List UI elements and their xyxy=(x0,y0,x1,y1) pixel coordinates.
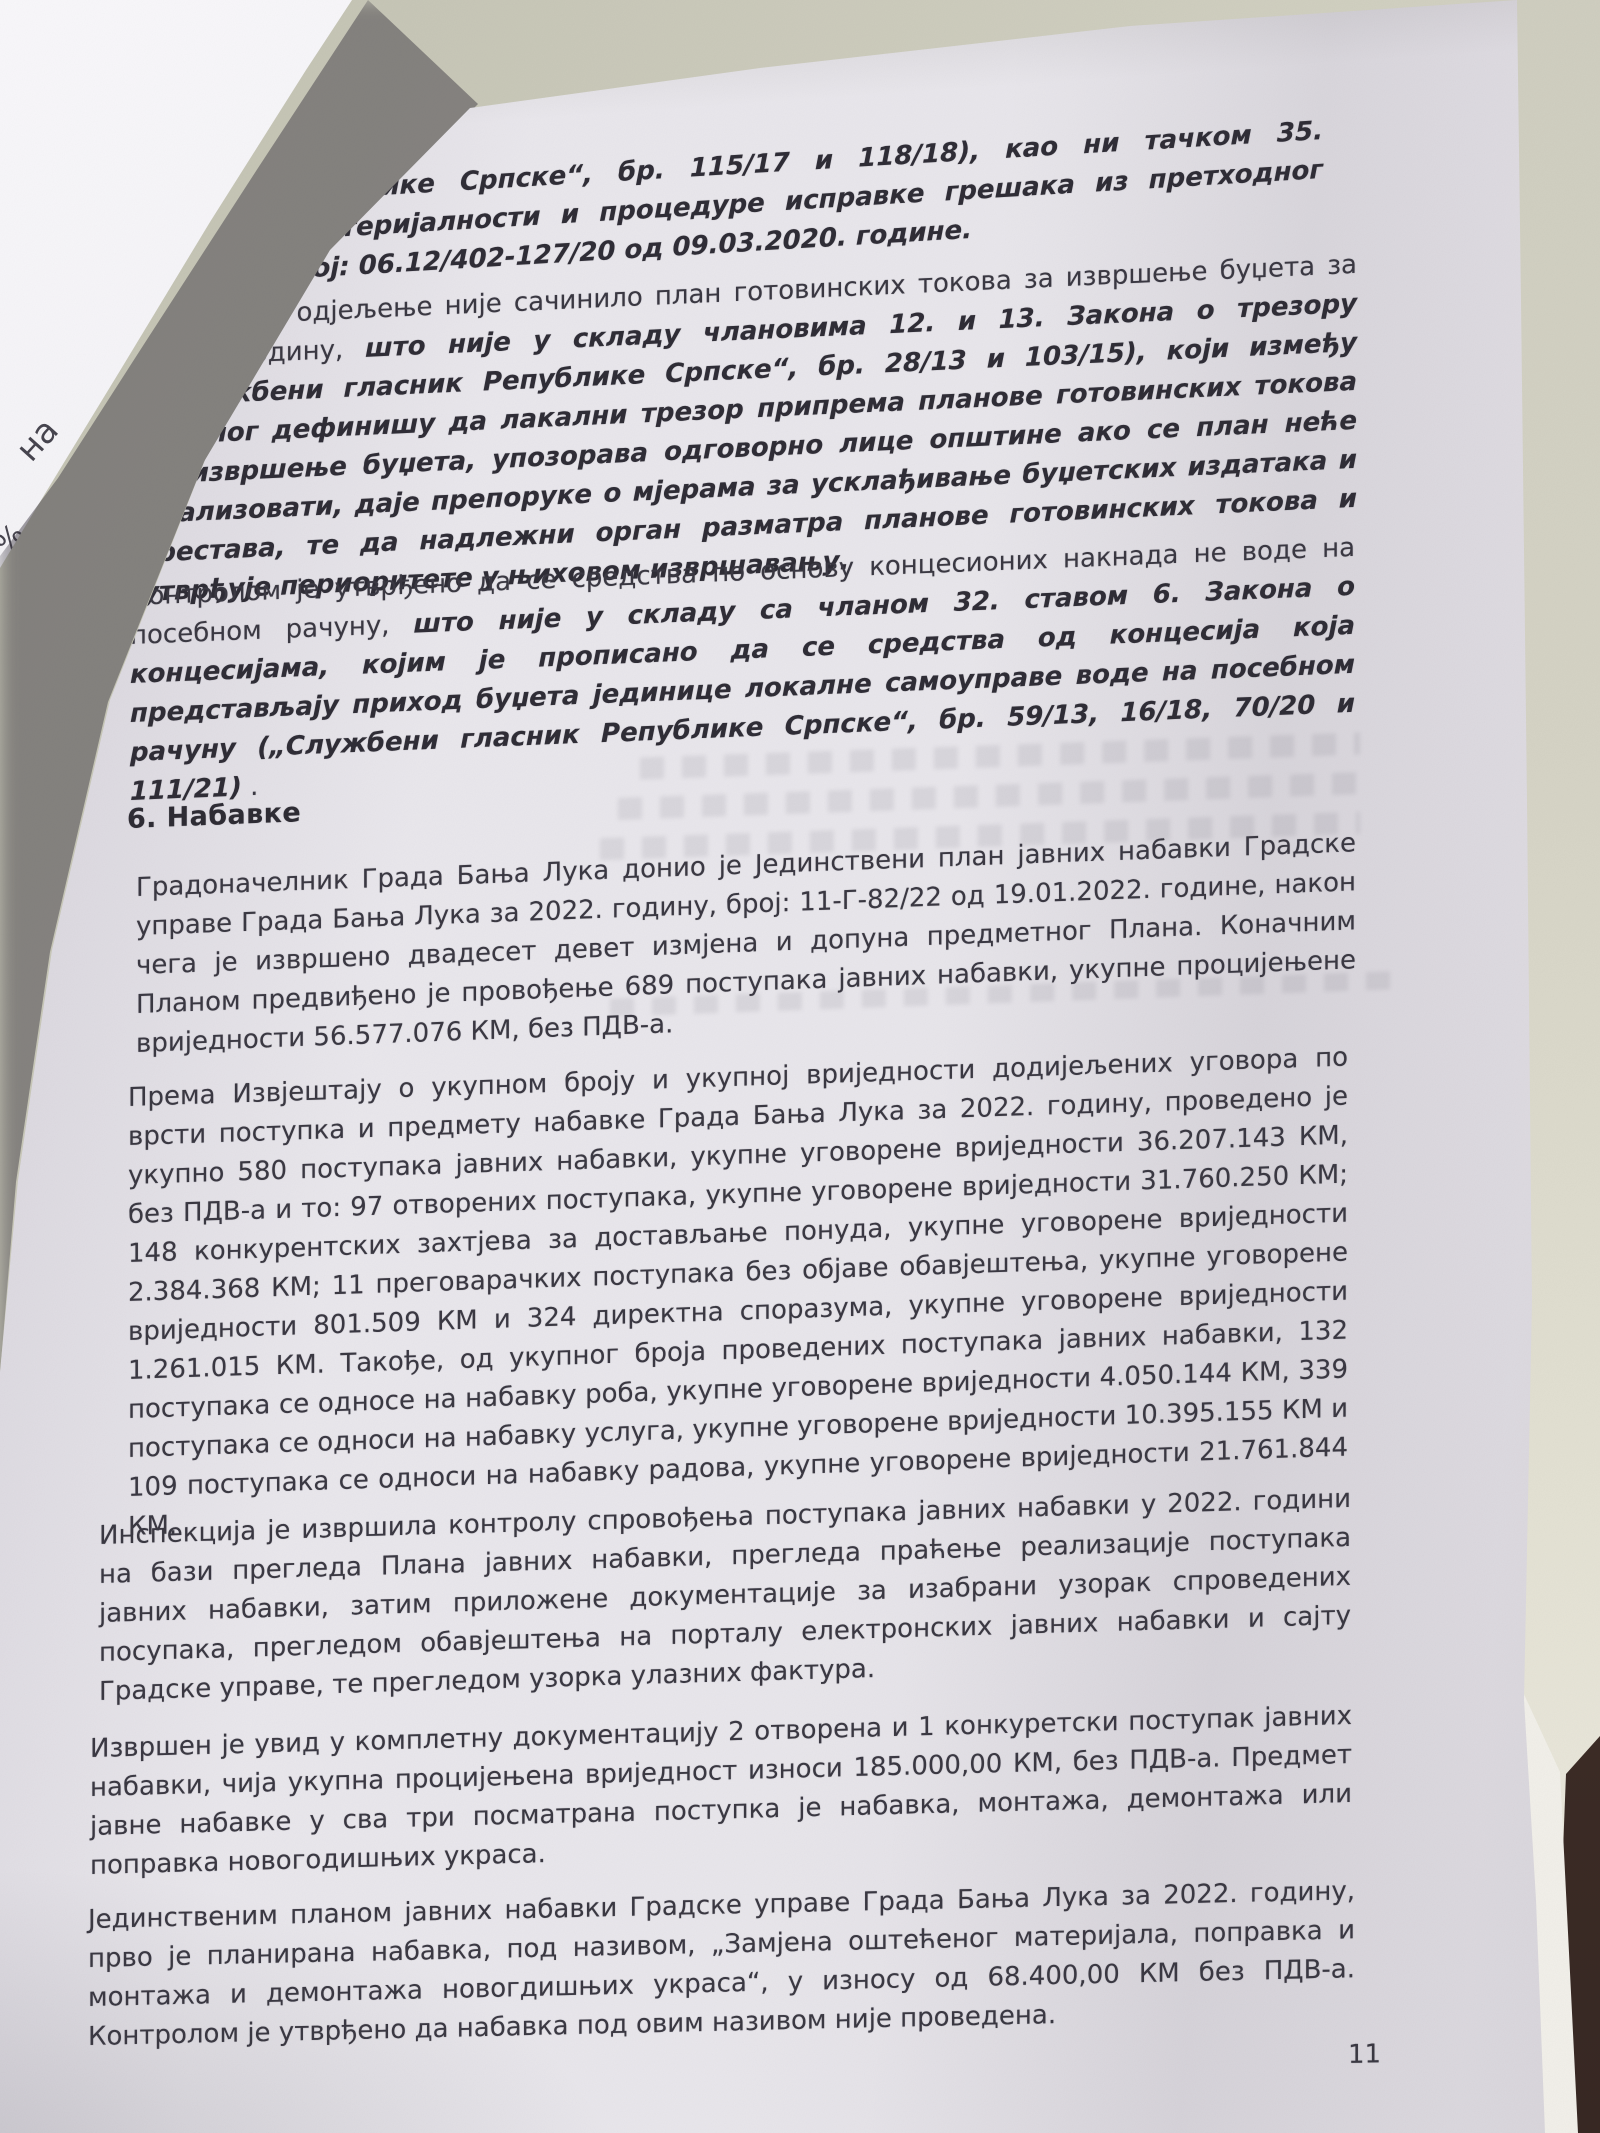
paragraph-text: Извршен је увид у комплетну документациј… xyxy=(90,1701,1352,1881)
paragraph: Јединственим планом јавних набавки Градс… xyxy=(88,1872,1355,2057)
paragraph: Извршен је увид у комплетну документациј… xyxy=(90,1697,1352,1886)
paragraph-text: Јединственим планом јавних набавки Градс… xyxy=(88,1876,1355,2052)
paragraph: Контролом је утврђено да се средства по … xyxy=(130,529,1355,812)
section-heading: 6. Набавке xyxy=(127,793,301,839)
paragraph-text: Према Извјештају о укупном броју и укупн… xyxy=(128,1043,1348,1542)
previous-page-text-fragment: на xyxy=(8,411,67,470)
photographed-document: на % гласник Републике Српске“, бр. 115/… xyxy=(0,0,1600,2133)
paragraph: Према Извјештају о укупном броју и укупн… xyxy=(128,1039,1348,1547)
paragraph-text: Инспекција је извршила контролу спровође… xyxy=(99,1484,1351,1707)
page-number: 11 xyxy=(1348,2035,1381,2075)
paragraph-text: Градоначелник Града Бања Лука донио је Ј… xyxy=(136,828,1356,1059)
paragraph: Инспекција је извршила контролу спровође… xyxy=(99,1480,1351,1712)
